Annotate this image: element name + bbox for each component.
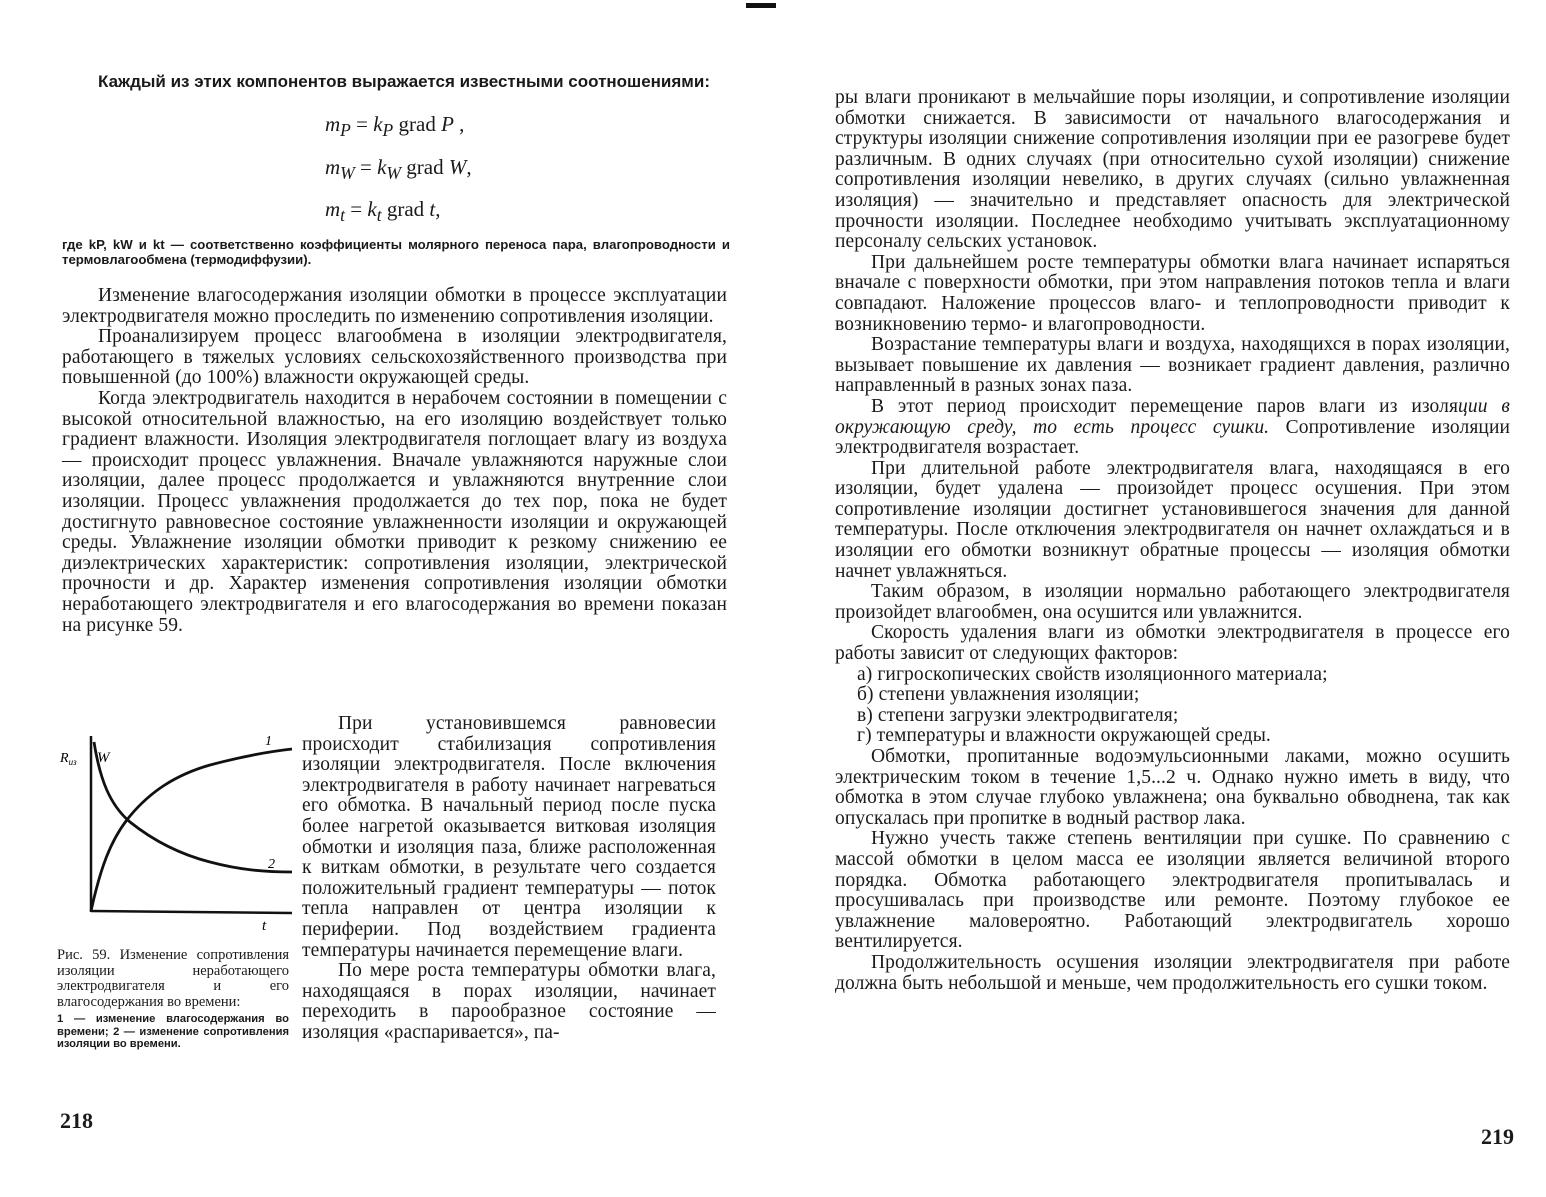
- intro-text: Каждый из этих компонентов выражается из…: [62, 72, 730, 93]
- factor-item: б) степени увлажнения изоляции;: [835, 685, 1510, 706]
- paragraph: По мере роста температуры обмотки влага,…: [302, 961, 716, 1043]
- figure-caption: Рис. 59. Изменение сопротивления изоляци…: [57, 948, 289, 1010]
- paragraph: Возрастание температуры влаги и воздуха,…: [835, 335, 1510, 397]
- paragraph: Нужно учесть также степень вентиляции пр…: [835, 829, 1510, 953]
- figure-59-chart: Rиз W 1 2 t: [55, 730, 300, 935]
- paragraph: При длительной работе электродвигателя в…: [835, 459, 1510, 583]
- page-number-right: 219: [1481, 1124, 1514, 1150]
- y-axis-label-r: Rиз: [59, 751, 77, 767]
- figure-59: Rиз W 1 2 t: [55, 730, 300, 935]
- formula-note: где kP, kW и kt — соответственно коэффиц…: [62, 237, 730, 267]
- paragraph: ры влаги проникают в мельчайшие поры изо…: [835, 88, 1510, 253]
- paragraph: Изменение влагосодержания изоляции обмот…: [62, 286, 727, 327]
- curve-label-2: 2: [268, 857, 275, 872]
- formula-3: mt = kt grad t,: [325, 197, 441, 226]
- curve-2: [94, 742, 292, 872]
- paragraph: Обмотки, пропитанные водоэмульсионными л…: [835, 747, 1510, 829]
- factor-item: в) степени загрузки электродвигателя;: [835, 706, 1510, 727]
- formula-1: mP = kP grad P ,: [325, 112, 464, 141]
- y-axis-label-w: W: [97, 750, 111, 766]
- paragraph: При установившемся равновесии происходит…: [302, 714, 716, 961]
- paragraph: При дальнейшем росте температуры обмотки…: [835, 253, 1510, 335]
- factor-item: а) гигроскопических свойств изоляционног…: [835, 665, 1510, 686]
- page-number-left: 218: [60, 1108, 93, 1134]
- drying-paragraph: В этот период происходит перемещение пар…: [835, 397, 1510, 459]
- paragraph: Продолжительность осушения изоляции элек…: [835, 953, 1510, 994]
- paragraph: Проанализируем процесс влагообмена в изо…: [62, 327, 727, 389]
- curve-1: [91, 749, 292, 911]
- factor-item: г) температуры и влажности окружающей ср…: [835, 726, 1510, 747]
- paragraph: Таким образом, в изоляции нормально рабо…: [835, 582, 1510, 623]
- figure-legend: 1 — изменение влагосодержания во времени…: [57, 1013, 289, 1051]
- curve-label-1: 1: [265, 734, 272, 749]
- scan-mark: [746, 3, 776, 8]
- paragraph: Когда электродвигатель находится в нераб…: [62, 389, 727, 636]
- formula-2: mW = kW grad W,: [325, 155, 472, 184]
- paragraph: Скорость удаления влаги из обмотки элект…: [835, 623, 1510, 664]
- x-axis-label-t: t: [262, 918, 267, 934]
